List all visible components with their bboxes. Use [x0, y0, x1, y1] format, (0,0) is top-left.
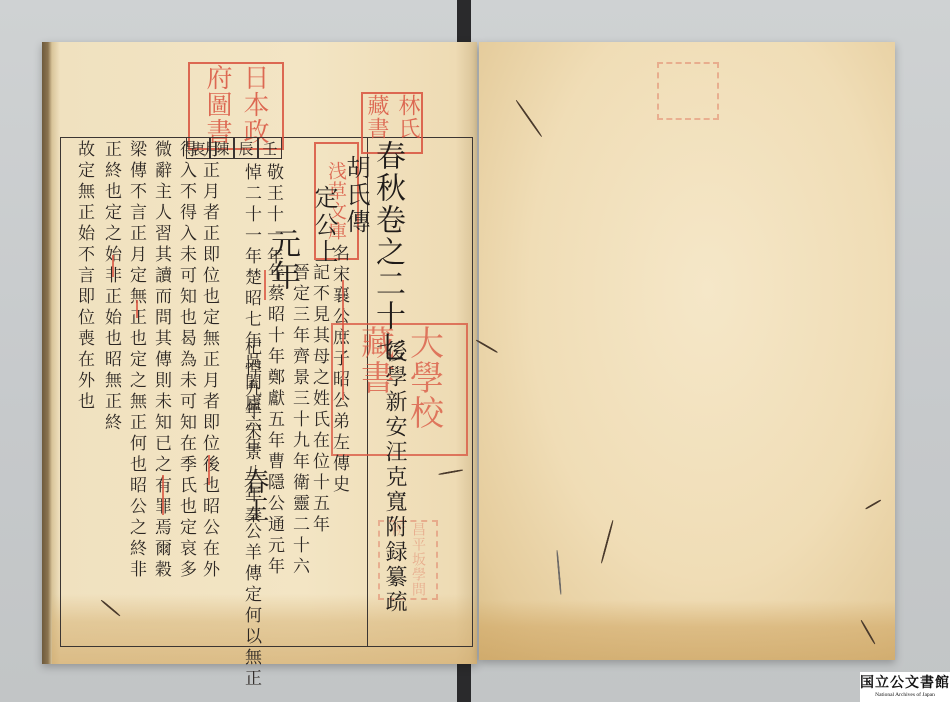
- commentary-title: 胡氏傳: [339, 155, 374, 236]
- text-column: 故定無正始不言即位喪在外也: [74, 140, 94, 413]
- text-column: 記不見其母之姓氏在位十五年: [309, 263, 329, 536]
- text-column: 名宋襄公庶子昭公弟左傳史: [329, 244, 349, 496]
- red-annotation-mark: [136, 300, 138, 318]
- text-column: 年蔡昭十年鄭獻五年曹隱公通元年: [264, 263, 284, 578]
- header-cell: 壬: [258, 137, 282, 159]
- text-column: 公羊傳定何以無正: [241, 522, 261, 690]
- header-cell: 辰: [234, 137, 258, 159]
- red-annotation-mark: [342, 280, 344, 400]
- seal-offset-right-page: [657, 62, 719, 120]
- text-column: 得入不得入未可知也曷為未可知在季氏也定哀多: [176, 140, 196, 581]
- season-heading: 春王: [236, 468, 273, 524]
- red-annotation-mark: [112, 255, 114, 277]
- red-annotation-mark: [162, 475, 164, 515]
- text-column: 正終也定之始非正始也昭無正終: [101, 140, 121, 434]
- red-annotation-mark: [264, 270, 266, 300]
- volume-title: 春秋卷之二十七: [371, 140, 403, 364]
- year-heading: 元年: [260, 228, 304, 292]
- text-column: 微辭主人習其讀而問其傳則未知已之有罪焉爾穀: [151, 140, 171, 581]
- text-column: 月正月者正即位也定無正月者即位後也昭公在外: [199, 140, 219, 581]
- red-annotation-mark: [208, 455, 210, 485]
- author-line: 後學新安汪克寬附録纂疏: [379, 340, 410, 615]
- logo-title: 国立公文書館: [860, 675, 950, 691]
- logo-subtitle: National Archives of Japan: [875, 691, 935, 699]
- water-stain: [479, 600, 895, 660]
- national-archives-logo: 国立公文書館 National Archives of Japan: [860, 672, 950, 702]
- text-column: 梁傳不言正月定無正也定之無正何也昭公之終非: [126, 140, 146, 581]
- text-column: 晉定三年齊景三十九年衛靈二十六: [289, 263, 309, 578]
